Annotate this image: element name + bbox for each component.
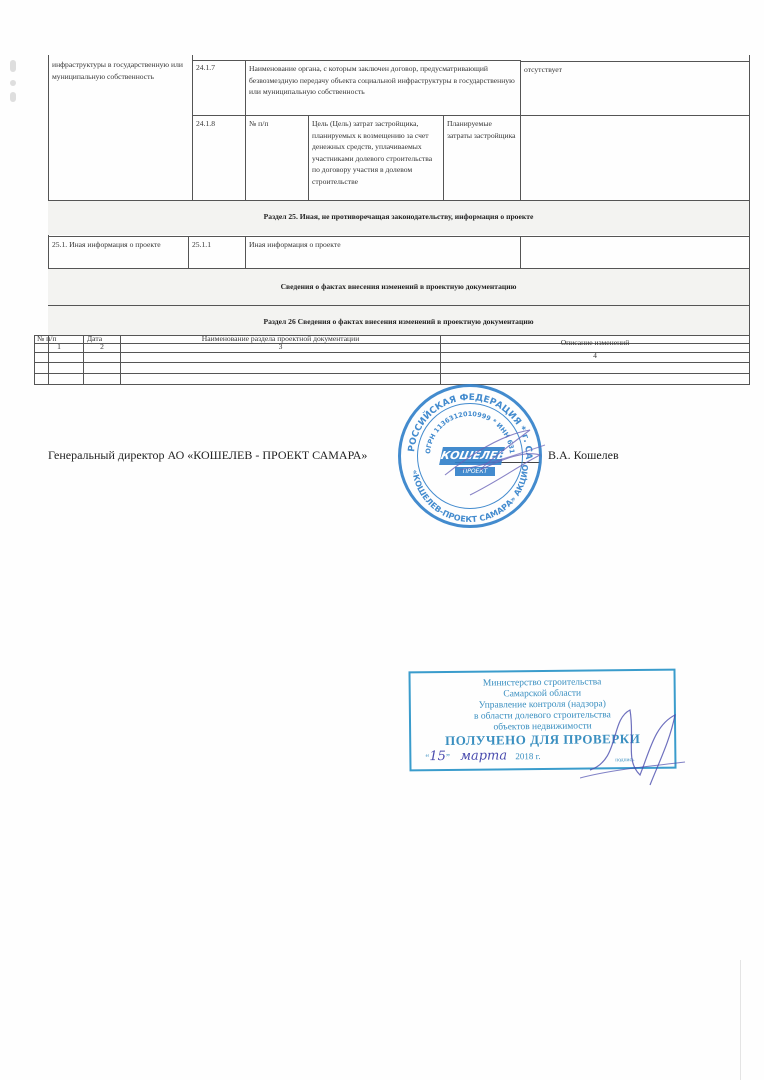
- section-25-title: Раздел 25. Иная, не противоречащая закон…: [48, 201, 749, 235]
- stamp-date-year: 2018: [515, 751, 533, 761]
- planned-costs-header: Планируемые затраты застройщика: [444, 116, 520, 143]
- row-value-24-1-7: отсутствует: [521, 62, 749, 78]
- scan-smudge: [10, 80, 16, 86]
- section-25-row-value: [521, 237, 749, 241]
- col-number-4: 4: [441, 351, 749, 361]
- row-code-24-1-8: 24.1.8: [193, 116, 245, 132]
- col-number-1: 1: [35, 342, 83, 352]
- col-number-2: 2: [84, 342, 120, 352]
- scan-smudge: [10, 60, 16, 72]
- row-label-text: инфраструктуры в государственную или мун…: [52, 60, 183, 81]
- row-value-24-1-8: [521, 116, 749, 120]
- row-label-24-1: инфраструктуры в государственную или мун…: [49, 57, 191, 84]
- stamp-date-month: марта: [460, 748, 507, 763]
- stamp-sign-label: подпись: [615, 755, 634, 766]
- section-26-title: Раздел 26 Сведения о фактах внесения изм…: [48, 306, 749, 335]
- section-25-row-label: 25.1. Иная информация о проекте: [49, 237, 188, 253]
- seal-logo-sub: ПРОЕКТ: [455, 467, 495, 476]
- col-number-3: 3: [121, 342, 440, 352]
- section-25-title-text: Раздел 25. Иная, не противоречащая закон…: [264, 212, 534, 221]
- received-stamp: Министерство строительства Самарской обл…: [408, 669, 676, 772]
- signer-position: Генеральный директор АО «КОШЕЛЕВ - ПРОЕК…: [48, 448, 367, 463]
- section-26-title-text: Раздел 26 Сведения о фактах внесения изм…: [263, 317, 533, 326]
- section-25-row-name: Иная информация о проекте: [246, 237, 520, 253]
- stamp-date-suffix: г.: [536, 751, 541, 761]
- stamp-date-day: 15: [429, 749, 446, 764]
- goal-header: Цель (Цель) затрат застройщика, планируе…: [309, 116, 443, 189]
- changes-title: Сведения о фактах внесения изменений в п…: [48, 269, 749, 305]
- changes-title-text: Сведения о фактах внесения изменений в п…: [281, 282, 517, 291]
- section-25-row-code: 25.1.1: [189, 237, 245, 253]
- scan-smudge: [10, 92, 16, 102]
- num-header: № п/п: [246, 116, 308, 132]
- row-name-24-1-7: Наименование органа, с которым заключен …: [246, 61, 520, 100]
- stamp-headline: ПОЛУЧЕНО ДЛЯ ПРОВЕРКИ: [411, 733, 674, 747]
- row-code-24-1-7: 24.1.7: [193, 60, 245, 76]
- signer-name: В.А. Кошелев: [548, 448, 619, 463]
- col-header-description: Описание изменений: [441, 338, 749, 348]
- company-seal: РОССИЙСКАЯ ФЕДЕРАЦИЯ * г. САМАРА «КОШЕЛЕ…: [398, 384, 542, 528]
- page-edge: [740, 960, 741, 1080]
- seal-logo: КОШЕЛЕВ: [439, 447, 505, 465]
- stamp-date: “15” марта 2018 г.: [425, 750, 540, 763]
